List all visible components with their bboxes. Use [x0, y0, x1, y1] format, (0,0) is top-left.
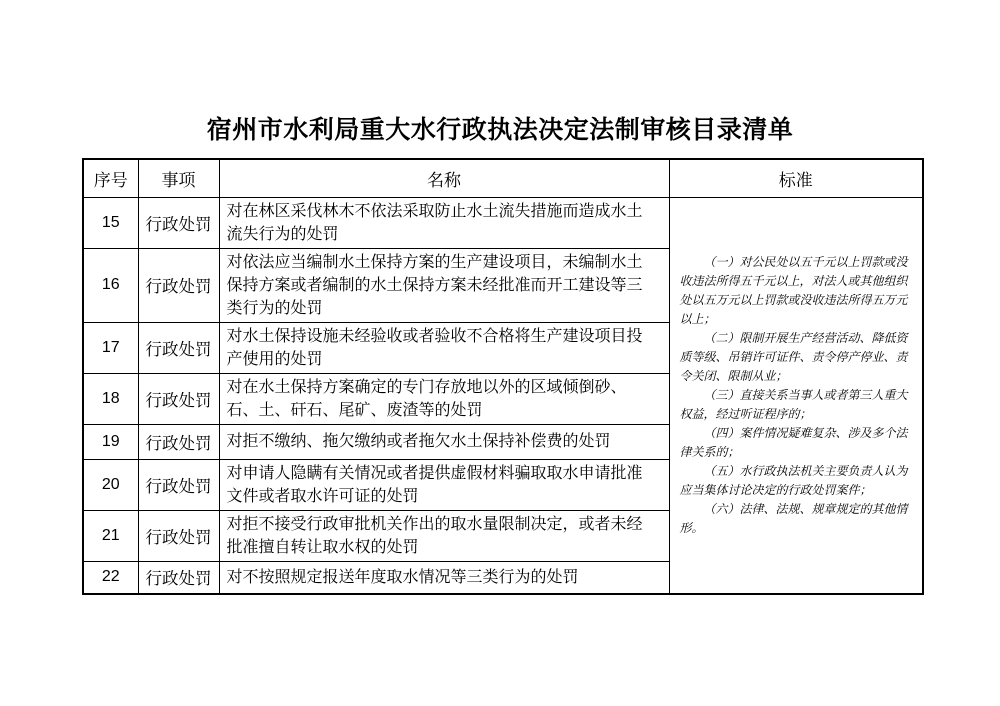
standard-cell: （一）对公民处以五千元以上罚款或没收违法所得五千元以上，对法人或其他组织处以五万… — [669, 197, 923, 594]
standard-item: （六）法律、法规、规章规定的其他情形。 — [680, 500, 913, 538]
table-row: 15 行政处罚 对在林区采伐林木不依法采取防止水土流失措施而造成水土流失行为的处… — [83, 197, 923, 248]
row-index-cell: 20 — [83, 459, 138, 510]
page-title: 宿州市水利局重大水行政执法决定法制审核目录清单 — [0, 0, 1000, 146]
row-category-cell: 行政处罚 — [138, 197, 219, 248]
standard-item: （四）案件情况疑难复杂、涉及多个法律关系的； — [680, 424, 913, 462]
row-name-cell: 对在水土保持方案确定的专门存放地以外的区域倾倒砂、石、土、矸石、尾矿、废渣等的处… — [219, 373, 669, 424]
row-index-cell: 17 — [83, 322, 138, 373]
row-name-cell: 对拒不缴纳、拖欠缴纳或者拖欠水土保持补偿费的处罚 — [219, 424, 669, 459]
table-header: 序号 事项 名称 标准 — [83, 159, 923, 197]
row-name-cell: 对依法应当编制水土保持方案的生产建设项目，未编制水土保持方案或者编制的水土保持方… — [219, 248, 669, 322]
review-table: 序号 事项 名称 标准 15 行政处罚 对在林区采伐林木不依法采取防止水土流失措… — [82, 158, 924, 595]
row-index-cell: 22 — [83, 561, 138, 594]
row-name-cell: 对在林区采伐林木不依法采取防止水土流失措施而造成水土流失行为的处罚 — [219, 197, 669, 248]
row-category-cell: 行政处罚 — [138, 373, 219, 424]
row-category-cell: 行政处罚 — [138, 424, 219, 459]
col-header-index: 序号 — [83, 159, 138, 197]
row-name-cell: 对不按照规定报送年度取水情况等三类行为的处罚 — [219, 561, 669, 594]
col-header-name: 名称 — [219, 159, 669, 197]
table-body: 15 行政处罚 对在林区采伐林木不依法采取防止水土流失措施而造成水土流失行为的处… — [83, 197, 923, 594]
standard-item: （一）对公民处以五千元以上罚款或没收违法所得五千元以上，对法人或其他组织处以五万… — [680, 253, 913, 329]
header-row: 序号 事项 名称 标准 — [83, 159, 923, 197]
row-category-cell: 行政处罚 — [138, 510, 219, 561]
col-header-category: 事项 — [138, 159, 219, 197]
row-category-cell: 行政处罚 — [138, 248, 219, 322]
row-category-cell: 行政处罚 — [138, 561, 219, 594]
row-index-cell: 19 — [83, 424, 138, 459]
row-index-cell: 21 — [83, 510, 138, 561]
row-category-cell: 行政处罚 — [138, 322, 219, 373]
row-category-cell: 行政处罚 — [138, 459, 219, 510]
document-page: 宿州市水利局重大水行政执法决定法制审核目录清单 序号 事项 名称 标准 15 行… — [0, 0, 1000, 706]
row-index-cell: 18 — [83, 373, 138, 424]
standard-item: （五）水行政执法机关主要负责人认为应当集体讨论决定的行政处罚案件； — [680, 462, 913, 500]
standard-item: （三）直接关系当事人或者第三人重大权益，经过听证程序的； — [680, 386, 913, 424]
row-name-cell: 对拒不接受行政审批机关作出的取水量限制决定，或者未经批准擅自转让取水权的处罚 — [219, 510, 669, 561]
row-name-cell: 对水土保持设施未经验收或者验收不合格将生产建设项目投产使用的处罚 — [219, 322, 669, 373]
row-name-cell: 对申请人隐瞒有关情况或者提供虚假材料骗取取水申请批准文件或者取水许可证的处罚 — [219, 459, 669, 510]
standard-item: （二）限制开展生产经营活动、降低资质等级、吊销许可证件、责令停产停业、责令关闭、… — [680, 329, 913, 386]
row-index-cell: 16 — [83, 248, 138, 322]
row-index-cell: 15 — [83, 197, 138, 248]
col-header-standard: 标准 — [669, 159, 923, 197]
